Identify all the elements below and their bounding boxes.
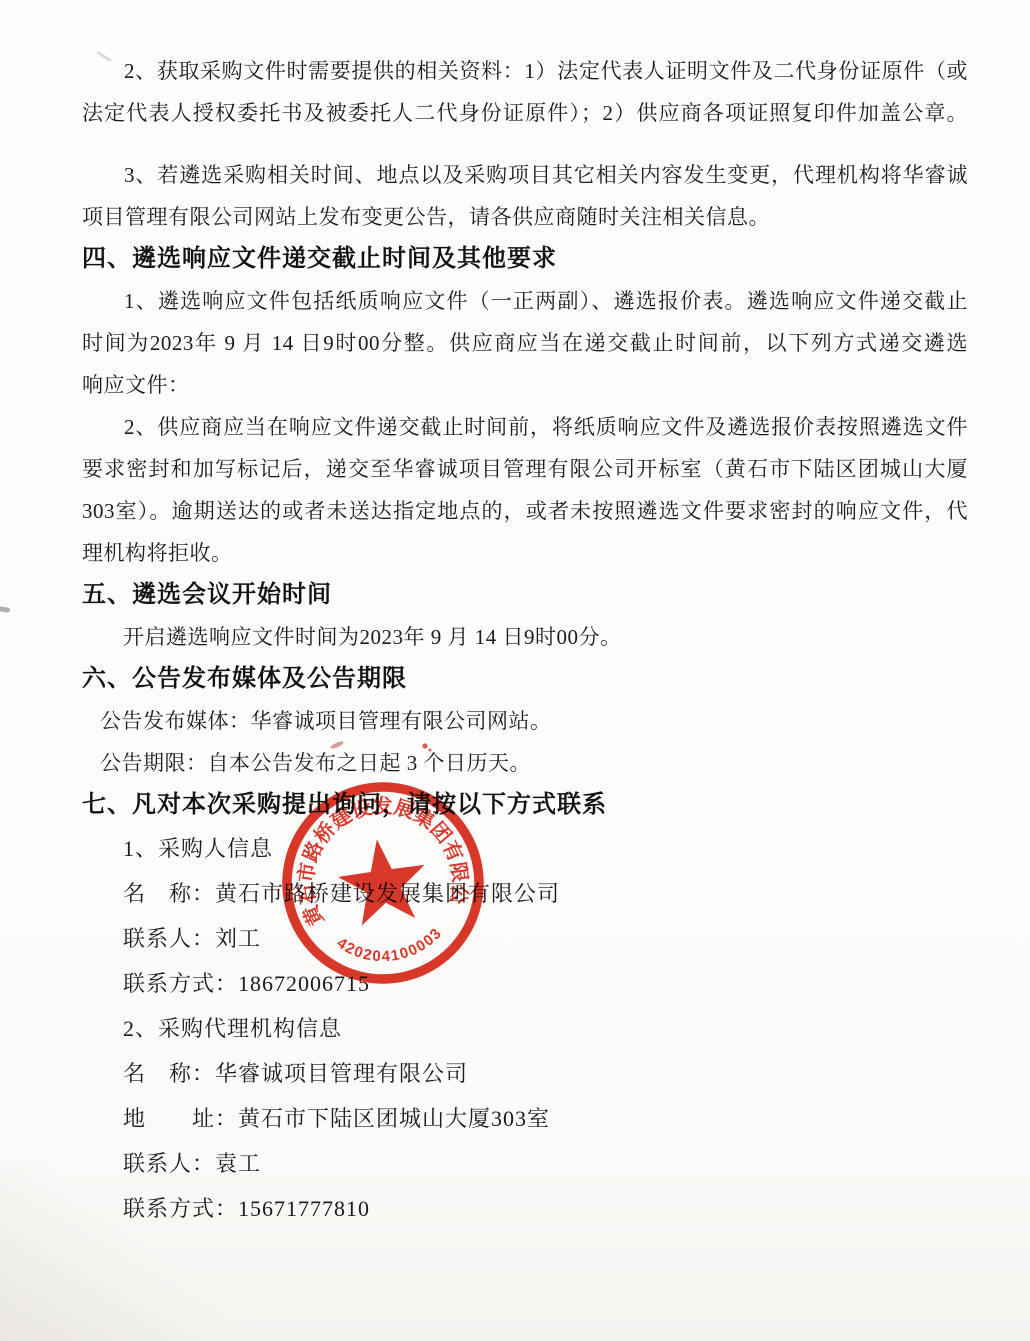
paragraph-line: 理机构将拒收。: [82, 532, 968, 574]
paragraph-line: 时间为2023年 9 月 14 日9时00分整。供应商应当在递交截止时间前，以下…: [82, 322, 968, 364]
paragraph-line: 2、供应商应当在响应文件递交截止时间前，将纸质响应文件及遴选报价表按照遴选文件: [82, 406, 968, 448]
section-heading-7: 七、凡对本次采购提出询问，请按以下方式联系: [82, 784, 968, 826]
scanned-document-page: 2、获取采购文件时需要提供的相关资料：1）法定代表人证明文件及二代身份证原件（或…: [0, 0, 1030, 1341]
paragraph-line: 303室）。逾期送达的或者未送达指定地点的，或者未按照遴选文件要求密封的响应文件…: [82, 490, 968, 532]
paragraph-line: 3、若遴选采购相关时间、地点以及采购项目其它相关内容发生变更，代理机构将华睿诚: [82, 154, 968, 196]
paragraph-line: 公告期限：自本公告发布之日起 3 个日历天。: [82, 742, 968, 784]
buyer-info-title: 1、采购人信息: [82, 826, 968, 871]
company-seal: 黄石市路桥建设发展集团有限公司 42020410000385: [277, 737, 489, 989]
buyer-name-line: 名 称：黄石市路桥建设发展集团有限公司: [82, 871, 968, 916]
paragraph-line: 法定代表人授权委托书及被委托人二代身份证原件）；2）供应商各项证照复印件加盖公章…: [82, 92, 968, 134]
paragraph-line: 要求密封和加写标记后，递交至华睿诚项目管理有限公司开标室（黄石市下陆区团城山大厦: [82, 448, 968, 490]
document-body: 2、获取采购文件时需要提供的相关资料：1）法定代表人证明文件及二代身份证原件（或…: [0, 0, 1030, 1231]
paragraph-line: 开启遴选响应文件时间为2023年 9 月 14 日9时00分。: [82, 616, 968, 658]
seal-ink-speck: [422, 743, 427, 748]
section-heading-6: 六、公告发布媒体及公告期限: [82, 658, 968, 700]
paragraph-line: 响应文件：: [82, 364, 968, 406]
paragraph-line: 项目管理有限公司网站上发布变更公告，请各供应商随时关注相关信息。: [82, 196, 968, 238]
section-heading-5: 五、遴选会议开始时间: [82, 574, 968, 616]
paragraph-line: 2、获取采购文件时需要提供的相关资料：1）法定代表人证明文件及二代身份证原件（或: [82, 50, 968, 92]
seal-ink-speck: [330, 740, 345, 750]
paragraph-line: 公告发布媒体：华睿诚项目管理有限公司网站。: [82, 700, 968, 742]
seal-ink-speck: [429, 749, 432, 752]
section-heading-4: 四、遴选响应文件递交截止时间及其他要求: [82, 238, 968, 280]
buyer-phone-line: 联系方式：18672006715: [82, 961, 968, 1006]
buyer-contact-line: 联系人：刘工: [82, 916, 968, 961]
seal-star-icon: [334, 833, 432, 928]
agency-phone-line: 联系方式：15671777810: [82, 1186, 968, 1231]
agency-contact-line: 联系人：袁工: [82, 1141, 968, 1186]
agency-name-line: 名 称：华睿诚项目管理有限公司: [82, 1051, 968, 1096]
seal-group: 黄石市路桥建设发展集团有限公司 42020410000385: [277, 775, 489, 989]
agency-info-title: 2、采购代理机构信息: [82, 1006, 968, 1051]
paragraph-line: 1、遴选响应文件包括纸质响应文件（一正两副）、遴选报价表。遴选响应文件递交截止: [82, 280, 968, 322]
agency-address-line: 地 址：黄石市下陆区团城山大厦303室: [82, 1096, 968, 1141]
